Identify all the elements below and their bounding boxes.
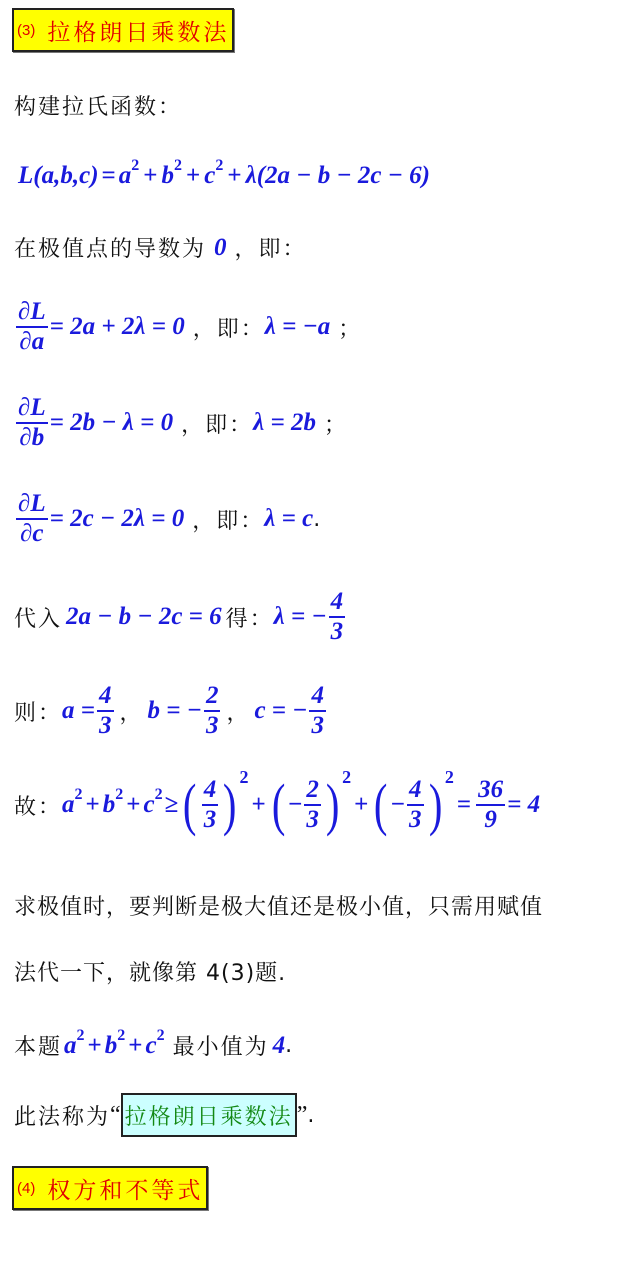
section-number: (3): [17, 22, 35, 39]
derivative-zero-line: 在极值点的导数为 0 ，即：: [14, 232, 307, 263]
conclusion-line: 故： a2 + b2 + c2 ≥ (43)2 + (−23)2 + (−43)…: [14, 776, 540, 834]
section-header-3: (3) 拉格朗日乘数法: [12, 8, 234, 52]
solution-line: 则： a = 43 ， b = − 23 ， c = − 43: [14, 682, 328, 740]
lagrangian-formula: L(a,b,c) = a2 + b2 + c2 + λ(2a − b − 2c …: [18, 162, 430, 190]
method-name-highlight: 拉格朗日乘数法: [121, 1093, 297, 1137]
min-value-line: 本题 a2 + b2 + c2 最小值为 4 .: [14, 1030, 294, 1061]
intro-line: 构建拉氏函数：: [14, 90, 182, 121]
partial-a: ∂L∂a = 2a + 2λ = 0 ，即： λ = −a ；: [14, 298, 362, 356]
section-header-4: (4) 权方和不等式: [12, 1166, 208, 1210]
partial-c: ∂L∂c = 2c − 2λ = 0 ，即： λ = c .: [14, 490, 322, 548]
note-line-1: 求极值时，要判断是极大值还是极小值，只需用赋值: [14, 890, 543, 921]
section-title: 权方和不等式: [47, 1172, 203, 1205]
partial-b: ∂L∂b = 2b − λ = 0 ，即： λ = 2b ；: [14, 394, 348, 452]
substitute-line: 代入 2a − b − 2c = 6 得： λ = − 43: [14, 588, 347, 646]
method-name-line: 此法称为 “ 拉格朗日乘数法 ” .: [14, 1093, 316, 1137]
note-line-2: 法代一下，就像第 4(3)题.: [14, 956, 286, 987]
intro-text: 构建拉氏函数：: [14, 90, 182, 121]
section-title: 拉格朗日乘数法: [47, 14, 229, 47]
section-number: (4): [17, 1180, 35, 1197]
